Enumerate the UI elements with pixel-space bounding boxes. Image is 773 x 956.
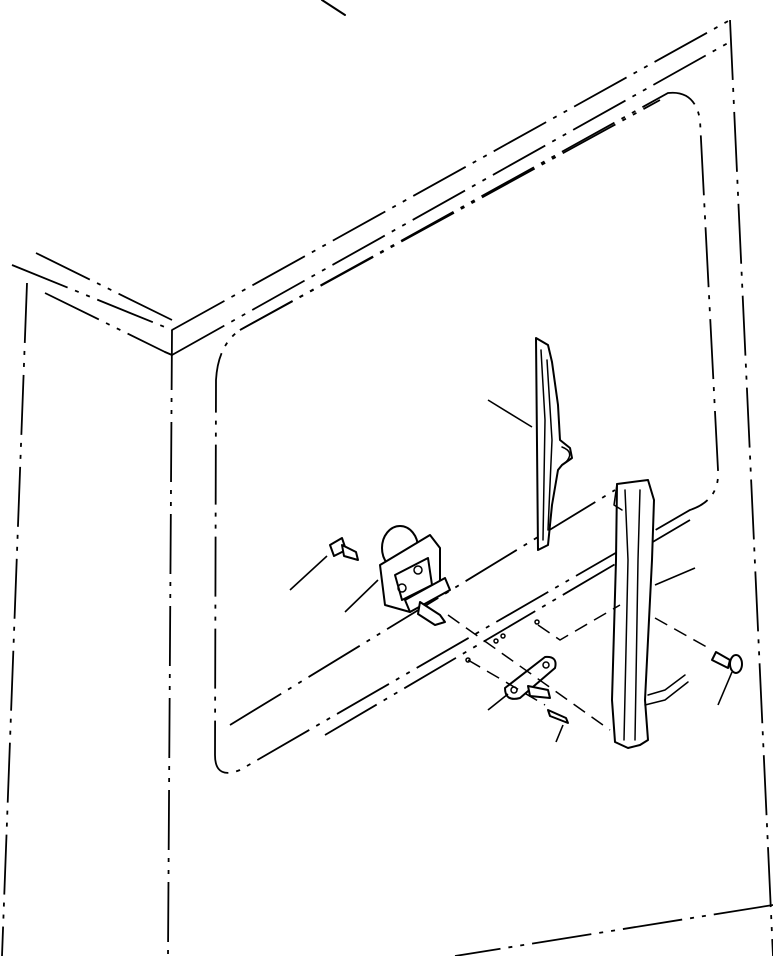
wiper-arm bbox=[612, 480, 688, 748]
bracket-screw bbox=[548, 710, 568, 723]
bracket-screw-leader bbox=[556, 725, 563, 742]
motor-bolt-leader bbox=[290, 556, 327, 590]
assembly-centerlines bbox=[448, 605, 712, 730]
wiper-motor-leader bbox=[345, 580, 378, 612]
arm-cap-nut-leader bbox=[718, 672, 732, 705]
pivot-bracket bbox=[505, 657, 556, 699]
pivot-bracket-leader bbox=[488, 694, 508, 710]
wiper-blade bbox=[536, 338, 572, 550]
wiper-assembly-diagram bbox=[0, 0, 773, 956]
arm-cap-nut bbox=[712, 652, 742, 673]
wiper-blade-leader bbox=[488, 400, 532, 427]
wiper-arm-leader bbox=[655, 568, 695, 585]
cab-body-outline bbox=[2, 0, 773, 956]
wiper-motor bbox=[380, 526, 450, 625]
motor-bolt bbox=[330, 538, 358, 560]
